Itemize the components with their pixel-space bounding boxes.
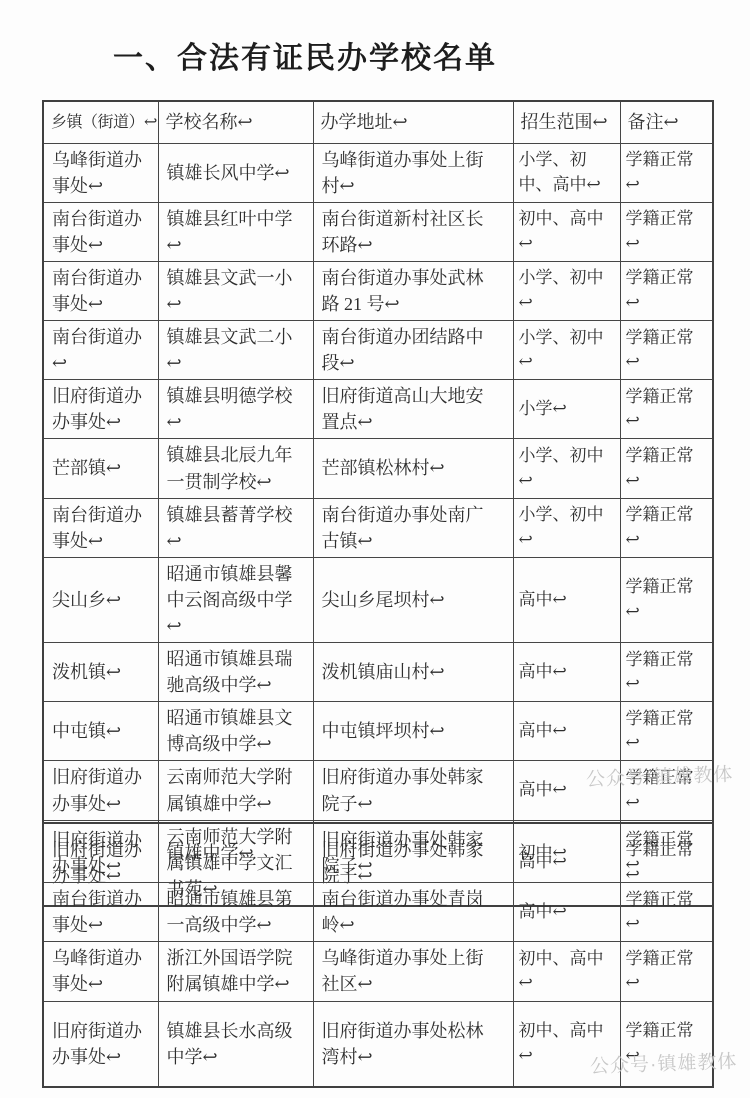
- table-cell-school: 镇雄中学↩: [158, 823, 313, 883]
- table-row: 乌峰街道办事处↩浙江外国语学院附属镇雄中学↩乌峰街道办事处上街社区↩初中、高中↩…: [43, 942, 713, 1001]
- table-cell-note: 学籍正常↩: [620, 439, 713, 498]
- table-row: 南台街道办事处↩镇雄县蓄菁学校↩南台街道办事处南广古镇↩小学、初中↩学籍正常↩: [43, 498, 713, 557]
- table-row: 旧府街道办办事处↩镇雄县长水高级中学↩旧府街道办事处松林湾村↩初中、高中↩学籍正…: [43, 1001, 713, 1087]
- table-cell-note: 学籍正常↩: [620, 321, 713, 380]
- table-cell-school: 镇雄县文武一小↩: [158, 261, 313, 320]
- table-cell-town: 中屯镇↩: [43, 702, 158, 761]
- table-cell-school: 昭通市镇雄县馨中云阁高级中学↩: [158, 557, 313, 642]
- table-cell-town: 芒部镇↩: [43, 439, 158, 498]
- table-row: 芒部镇↩镇雄县北辰九年一贯制学校↩芒部镇松林村↩小学、初中↩学籍正常↩: [43, 439, 713, 498]
- col-header-address: 办学地址↩: [313, 101, 513, 143]
- table-cell-town: 南台街道办事处↩: [43, 498, 158, 557]
- table-row: 旧府街道办办事处↩云南师范大学附属镇雄中学↩旧府街道办事处韩家院子↩高中↩学籍正…: [43, 761, 713, 820]
- table-cell-address: 旧府街道办事处韩家院子↩: [313, 761, 513, 820]
- header-row: 乡镇（街道）↩ 学校名称↩ 办学地址↩ 招生范围↩ 备注↩: [43, 101, 713, 143]
- table-cell-scope: 初中、高中↩: [513, 202, 620, 261]
- table-row: 南台街道办事处↩昭通市镇雄县第一高级中学↩南台街道办事处青岗岭↩高中↩学籍正常↩: [43, 883, 713, 942]
- table-cell-note: 学籍正常↩: [620, 261, 713, 320]
- table-cell-scope: 小学、初中、高中↩: [513, 143, 620, 202]
- table-cell-scope: 高中↩: [513, 557, 620, 642]
- table-cell-note: 学籍正常↩: [620, 643, 713, 702]
- table-cell-school: 镇雄县蓄菁学校↩: [158, 498, 313, 557]
- table-cell-scope: 初中、高中↩: [513, 1001, 620, 1087]
- table-cell-town: 旧府街道办办事处↩: [43, 380, 158, 439]
- table-cell-note: 学籍正常↩: [620, 202, 713, 261]
- table-cell-address: 南台街道办团结路中段↩: [313, 321, 513, 380]
- table-cell-note: 学籍正常↩: [620, 143, 713, 202]
- table-cell-school: 镇雄县长水高级中学↩: [158, 1001, 313, 1087]
- table-cell-school: 镇雄县红叶中学↩: [158, 202, 313, 261]
- licensed-schools-table-2: 旧府街道办办事处↩镇雄中学↩旧府街道办事处韩家院子↩初中↩学籍正常↩南台街道办事…: [42, 822, 714, 1088]
- table-cell-address: 南台街道办事处青岗岭↩: [313, 883, 513, 942]
- table-cell-scope: 高中↩: [513, 761, 620, 820]
- col-header-scope: 招生范围↩: [513, 101, 620, 143]
- table-cell-note: 学籍正常↩: [620, 702, 713, 761]
- table-cell-school: 昭通市镇雄县文博高级中学↩: [158, 702, 313, 761]
- table-cell-town: 旧府街道办办事处↩: [43, 761, 158, 820]
- col-header-school: 学校名称↩: [158, 101, 313, 143]
- table-cell-school: 昭通市镇雄县瑞驰高级中学↩: [158, 643, 313, 702]
- table-cell-address: 芒部镇松林村↩: [313, 439, 513, 498]
- table-cell-address: 南台街道新村社区长环路↩: [313, 202, 513, 261]
- table-cell-town: 乌峰街道办事处↩: [43, 942, 158, 1001]
- table-row: 旧府街道办办事处↩镇雄县明德学校↩旧府街道高山大地安置点↩小学↩学籍正常↩: [43, 380, 713, 439]
- table-cell-school: 镇雄县明德学校↩: [158, 380, 313, 439]
- table-cell-address: 泼机镇庙山村↩: [313, 643, 513, 702]
- table-cell-scope: 小学、初中↩: [513, 498, 620, 557]
- document-page: 一、合法有证民办学校名单 乡镇（街道）↩ 学校名称↩ 办学地址↩ 招生范围↩ 备…: [0, 0, 750, 1098]
- table-cell-town: 乌峰街道办事处↩: [43, 143, 158, 202]
- table-cell-note: 学籍正常↩: [620, 761, 713, 820]
- table-cell-school: 镇雄县北辰九年一贯制学校↩: [158, 439, 313, 498]
- table-cell-address: 旧府街道办事处松林湾村↩: [313, 1001, 513, 1087]
- table-cell-address: 南台街道办事处南广古镇↩: [313, 498, 513, 557]
- table-cell-town: 旧府街道办办事处↩: [43, 1001, 158, 1087]
- table-cell-address: 尖山乡尾坝村↩: [313, 557, 513, 642]
- table-row: 泼机镇↩昭通市镇雄县瑞驰高级中学↩泼机镇庙山村↩高中↩学籍正常↩: [43, 643, 713, 702]
- table-cell-school: 镇雄长风中学↩: [158, 143, 313, 202]
- col-header-town: 乡镇（街道）↩: [43, 101, 158, 143]
- table-cell-scope: 小学、初中↩: [513, 439, 620, 498]
- table-row: 尖山乡↩昭通市镇雄县馨中云阁高级中学↩尖山乡尾坝村↩高中↩学籍正常↩: [43, 557, 713, 642]
- table-cell-school: 云南师范大学附属镇雄中学↩: [158, 761, 313, 820]
- table-row: 南台街道办↩镇雄县文武二小↩南台街道办团结路中段↩小学、初中↩学籍正常↩: [43, 321, 713, 380]
- table-cell-school: 镇雄县文武二小↩: [158, 321, 313, 380]
- table-cell-town: 南台街道办↩: [43, 321, 158, 380]
- table-cell-note: 学籍正常↩: [620, 1001, 713, 1087]
- table-row: 中屯镇↩昭通市镇雄县文博高级中学↩中屯镇坪坝村↩高中↩学籍正常↩: [43, 702, 713, 761]
- page-title: 一、合法有证民办学校名单: [113, 33, 497, 77]
- table-cell-town: 南台街道办事处↩: [43, 202, 158, 261]
- col-header-note: 备注↩: [620, 101, 713, 143]
- table-cell-note: 学籍正常↩: [620, 823, 713, 883]
- table-row: 旧府街道办办事处↩镇雄中学↩旧府街道办事处韩家院子↩初中↩学籍正常↩: [43, 823, 713, 883]
- table-cell-town: 南台街道办事处↩: [43, 261, 158, 320]
- table-cell-school: 昭通市镇雄县第一高级中学↩: [158, 883, 313, 942]
- table-cell-scope: 小学↩: [513, 380, 620, 439]
- table-cell-address: 中屯镇坪坝村↩: [313, 702, 513, 761]
- table-cell-scope: 高中↩: [513, 643, 620, 702]
- table-cell-address: 旧府街道高山大地安置点↩: [313, 380, 513, 439]
- table-cell-address: 南台街道办事处武林路 21 号↩: [313, 261, 513, 320]
- table-cell-scope: 小学、初中↩: [513, 261, 620, 320]
- table-cell-scope: 初中、高中↩: [513, 942, 620, 1001]
- table-cell-scope: 高中↩: [513, 702, 620, 761]
- table-cell-school: 浙江外国语学院附属镇雄中学↩: [158, 942, 313, 1001]
- table-cell-town: 尖山乡↩: [43, 557, 158, 642]
- table-cell-address: 乌峰街道办事处上街社区↩: [313, 942, 513, 1001]
- table-cell-note: 学籍正常↩: [620, 557, 713, 642]
- table-cell-scope: 小学、初中↩: [513, 321, 620, 380]
- table-cell-town: 泼机镇↩: [43, 643, 158, 702]
- table-cell-scope: 初中↩: [513, 823, 620, 883]
- table-cell-scope: 高中↩: [513, 883, 620, 942]
- table-cell-note: 学籍正常↩: [620, 380, 713, 439]
- table-cell-note: 学籍正常↩: [620, 883, 713, 942]
- table-cell-town: 南台街道办事处↩: [43, 883, 158, 942]
- table-cell-address: 旧府街道办事处韩家院子↩: [313, 823, 513, 883]
- table-cell-address: 乌峰街道办事处上街村↩: [313, 143, 513, 202]
- table-row: 南台街道办事处↩镇雄县文武一小↩南台街道办事处武林路 21 号↩小学、初中↩学籍…: [43, 261, 713, 320]
- table-cell-note: 学籍正常↩: [620, 942, 713, 1001]
- table-row: 南台街道办事处↩镇雄县红叶中学↩南台街道新村社区长环路↩初中、高中↩学籍正常↩: [43, 202, 713, 261]
- table-cell-note: 学籍正常↩: [620, 498, 713, 557]
- table-row: 乌峰街道办事处↩镇雄长风中学↩乌峰街道办事处上街村↩小学、初中、高中↩学籍正常↩: [43, 143, 713, 202]
- table-cell-town: 旧府街道办办事处↩: [43, 823, 158, 883]
- licensed-schools-table-1: 乡镇（街道）↩ 学校名称↩ 办学地址↩ 招生范围↩ 备注↩ 乌峰街道办事处↩镇雄…: [42, 100, 714, 907]
